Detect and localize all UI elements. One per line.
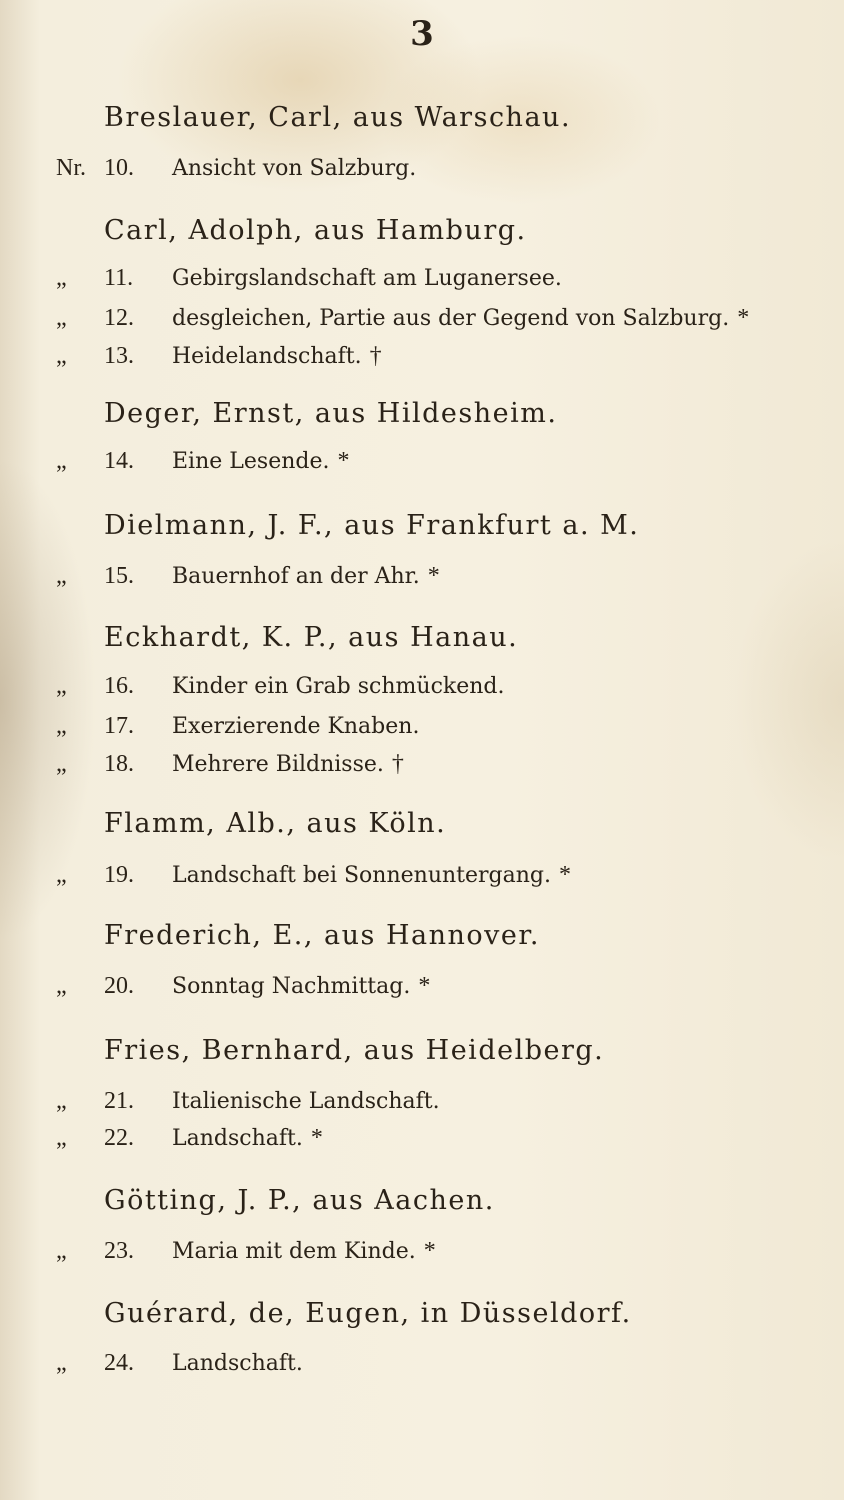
catalogue-entry: „22.Landschaft.* xyxy=(56,1125,323,1159)
entry-title: Sonntag Nachmittag. xyxy=(172,974,410,999)
entry-prefix: „ xyxy=(56,751,104,778)
entry-number: 19. xyxy=(104,862,172,889)
entry-title: Bauernhof an der Ahr. xyxy=(172,564,420,589)
catalogue-entry: „21.Italienische Landschaft. xyxy=(56,1088,448,1122)
entry-number: 18. xyxy=(104,751,172,778)
book-page: 3 Breslauer, Carl, aus Warschau.Nr.10.An… xyxy=(0,0,844,1500)
entry-title: Mehrere Bildnisse. xyxy=(172,752,384,777)
entry-number: 22. xyxy=(104,1125,172,1152)
entry-number: 13. xyxy=(104,343,172,370)
artist-heading: Breslauer, Carl, aus Warschau. xyxy=(104,102,571,133)
catalogue-entry: „16.Kinder ein Grab schmückend. xyxy=(56,673,512,707)
entry-prefix: „ xyxy=(56,1088,104,1115)
entry-prefix: „ xyxy=(56,713,104,740)
entry-title: Maria mit dem Kinde. xyxy=(172,1239,416,1264)
entry-title: Eine Lesende. xyxy=(172,449,329,474)
entry-mark: † xyxy=(392,751,404,777)
entry-prefix: „ xyxy=(56,448,104,475)
entry-title: Italienische Landschaft. xyxy=(172,1089,440,1114)
entry-mark: * xyxy=(737,305,749,331)
entry-title: Heidelandschaft. xyxy=(172,344,362,369)
entry-number: 12. xyxy=(104,305,172,332)
entry-number: 11. xyxy=(104,265,172,292)
entry-number: 20. xyxy=(104,973,172,1000)
page-number: 3 xyxy=(0,14,844,54)
artist-heading: Dielmann, J. F., aus Frankfurt a. M. xyxy=(104,510,639,541)
entry-title: Kinder ein Grab schmückend. xyxy=(172,674,504,699)
entry-mark: * xyxy=(311,1125,323,1151)
catalogue-entry: Nr.10.Ansicht von Salzburg. xyxy=(56,155,424,189)
artist-heading: Guérard, de, Eugen, in Düsseldorf. xyxy=(104,1298,632,1329)
artist-heading: Fries, Bernhard, aus Heidelberg. xyxy=(104,1035,604,1066)
catalogue-entry: „11.Gebirgslandschaft am Luganersee. xyxy=(56,265,570,299)
entry-prefix: „ xyxy=(56,673,104,700)
entry-mark: * xyxy=(424,1238,436,1264)
entry-prefix: „ xyxy=(56,265,104,292)
entry-prefix: „ xyxy=(56,563,104,590)
entry-mark: * xyxy=(337,448,349,474)
entry-number: 10. xyxy=(104,155,172,182)
entry-number: 14. xyxy=(104,448,172,475)
entry-number: 21. xyxy=(104,1088,172,1115)
entry-title: Landschaft. xyxy=(172,1351,303,1376)
artist-heading: Frederich, E., aus Hannover. xyxy=(104,920,540,951)
artist-heading: Flamm, Alb., aus Köln. xyxy=(104,808,446,839)
catalogue-entry: „24.Landschaft. xyxy=(56,1350,311,1384)
entry-title: Landschaft bei Sonnenuntergang. xyxy=(172,863,551,888)
entry-prefix: „ xyxy=(56,1350,104,1377)
entry-number: 23. xyxy=(104,1238,172,1265)
entry-number: 24. xyxy=(104,1350,172,1377)
artist-heading: Eckhardt, K. P., aus Hanau. xyxy=(104,622,518,653)
catalogue-entry: „23.Maria mit dem Kinde.* xyxy=(56,1238,436,1272)
entry-prefix: „ xyxy=(56,305,104,332)
entry-prefix: „ xyxy=(56,1125,104,1152)
entry-number: 15. xyxy=(104,563,172,590)
catalogue-entry: „17.Exerzierende Knaben. xyxy=(56,713,427,747)
catalogue-entry: „13.Heidelandschaft.† xyxy=(56,343,382,377)
catalogue-entry: „12.desgleichen, Partie aus der Gegend v… xyxy=(56,305,749,339)
entry-title: Gebirgslandschaft am Luganersee. xyxy=(172,266,562,291)
artist-heading: Götting, J. P., aus Aachen. xyxy=(104,1185,495,1216)
entry-title: Landschaft. xyxy=(172,1126,303,1151)
catalogue-entry: „18.Mehrere Bildnisse.† xyxy=(56,751,404,785)
entry-title: Ansicht von Salzburg. xyxy=(172,156,416,181)
entry-mark: † xyxy=(370,343,382,369)
catalogue-entry: „15.Bauernhof an der Ahr.* xyxy=(56,563,440,597)
entry-title: Exerzierende Knaben. xyxy=(172,714,419,739)
entry-prefix: Nr. xyxy=(56,155,104,182)
entry-number: 17. xyxy=(104,713,172,740)
entry-mark: * xyxy=(418,973,430,999)
catalogue-entry: „20.Sonntag Nachmittag.* xyxy=(56,973,430,1007)
catalogue-entry: „19.Landschaft bei Sonnenuntergang.* xyxy=(56,862,571,896)
entry-prefix: „ xyxy=(56,973,104,1000)
artist-heading: Carl, Adolph, aus Hamburg. xyxy=(104,215,527,246)
entry-mark: * xyxy=(559,862,571,888)
entry-mark: * xyxy=(428,563,440,589)
entry-number: 16. xyxy=(104,673,172,700)
entry-prefix: „ xyxy=(56,862,104,889)
entry-prefix: „ xyxy=(56,1238,104,1265)
catalogue-entry: „14.Eine Lesende.* xyxy=(56,448,349,482)
artist-heading: Deger, Ernst, aus Hildesheim. xyxy=(104,398,557,429)
entry-prefix: „ xyxy=(56,343,104,370)
entry-title: desgleichen, Partie aus der Gegend von S… xyxy=(172,306,729,331)
